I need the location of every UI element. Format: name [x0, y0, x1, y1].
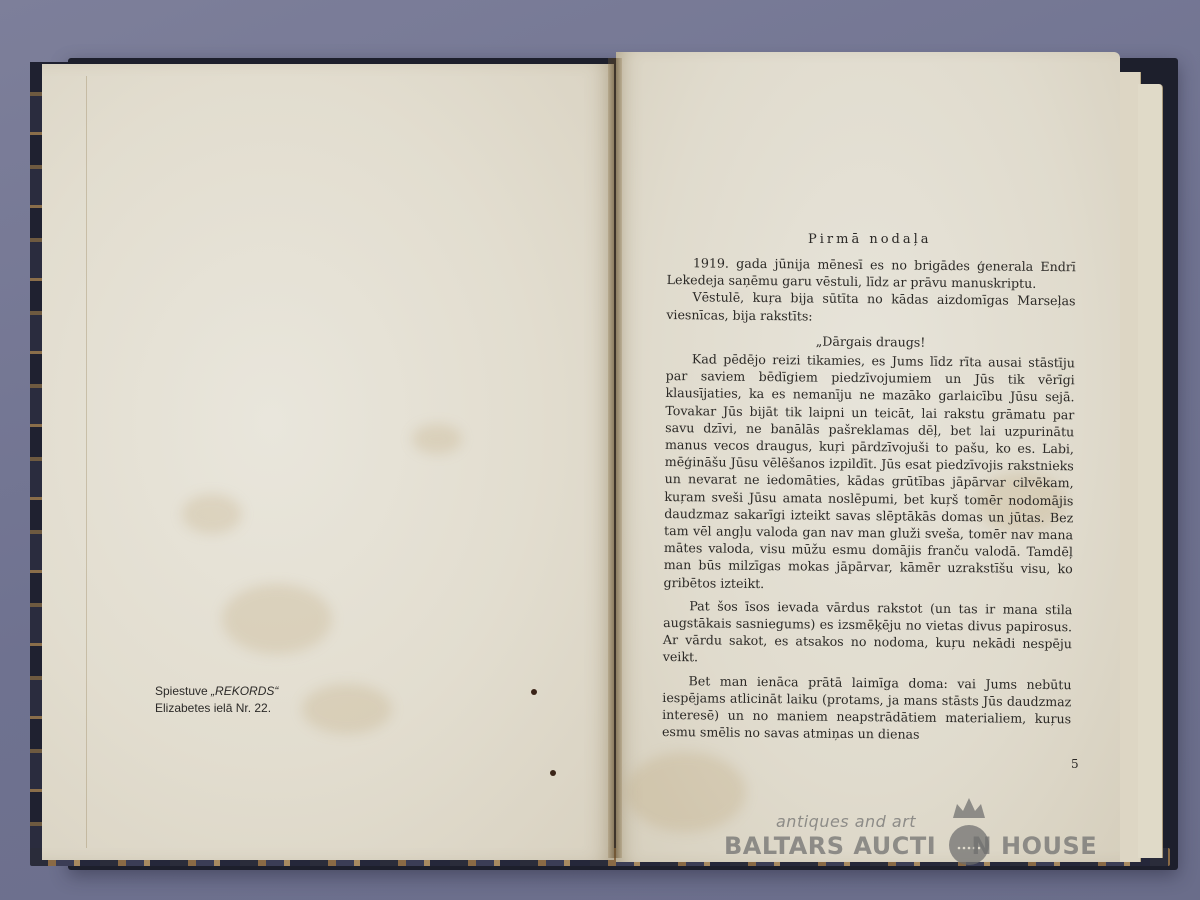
foxing-stain [302, 684, 392, 734]
foxing-stain [182, 494, 242, 534]
printer-name: „REKORDS“ [211, 684, 278, 698]
watermark-name: BALTARS AUCTI N HOUSE [724, 832, 1097, 860]
page-stack-edge-outer [1138, 84, 1163, 858]
ink-spot [531, 689, 537, 695]
chapter-title: Pirmā nodaļa [808, 232, 932, 247]
printer-label: Spiestuve [155, 684, 211, 698]
watermark-tagline: antiques and art [776, 812, 916, 831]
crown-icon [951, 798, 987, 820]
printer-imprint-address: Elizabetes ielā Nr. 22. [155, 700, 278, 717]
paragraph: Vēstulē, kuŗa bija sūtīta no kādas aizdo… [666, 288, 1075, 327]
printer-imprint-line1: Spiestuve „REKORDS“ [155, 683, 278, 700]
foxing-stain [412, 424, 462, 454]
foxing-stain [222, 584, 332, 654]
chapter-body: 1919. gada jūnija mēnesī es no brigādes … [662, 254, 1076, 745]
page-number: 5 [1071, 757, 1079, 771]
paragraph: Bet man ienāca prātā laimīga doma: vai J… [662, 672, 1072, 745]
paragraph: 1919. gada jūnija mēnesī es no brigādes … [667, 254, 1076, 293]
letter-salutation: „Dārgais draugs! [666, 331, 1075, 352]
left-page [42, 64, 614, 860]
printer-imprint: Spiestuve „REKORDS“ Elizabetes ielā Nr. … [155, 683, 278, 717]
ink-spot [550, 770, 556, 776]
paragraph: Kad pēdējo reizi tikamies, es Jums līdz … [663, 350, 1074, 595]
auction-house-watermark: antiques and art BALTARS AUCTI N HOUSE [724, 812, 1124, 872]
book-gutter [608, 58, 622, 858]
paragraph: Pat šos īsos ievada vārdus rakstot (un t… [663, 597, 1073, 670]
